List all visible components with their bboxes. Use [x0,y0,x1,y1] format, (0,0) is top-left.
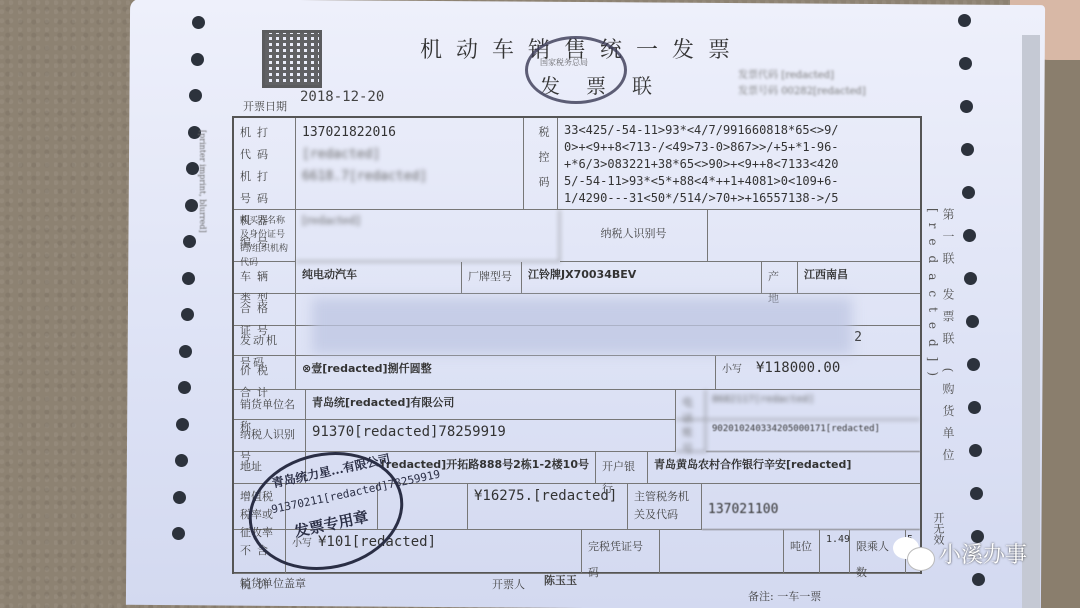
sprocket-hole [959,57,972,70]
tax-authority-code: 137021100 [702,484,920,530]
sprocket-hole [178,381,191,394]
seller-phone: 8682117[redacted] [706,390,920,420]
redaction [312,298,852,354]
total-amount: ¥118000.00 [756,360,840,376]
sprocket-hole [173,491,186,504]
left-margin-imprint: [printer imprint, blurred] [198,130,207,233]
bank-label: 开户银行 [596,452,648,484]
issue-date: 2018-12-20 [300,89,384,105]
sprocket-hole [185,199,198,212]
vehicle-type: 纯电动汽车 [296,262,462,294]
tax-certificate-label: 完税凭证号码 [582,530,660,574]
certificate-no-label: 合格证号 [234,294,296,326]
bank: 青岛黄岛农村合作银行辛安[redacted] [648,452,920,484]
qr-code [262,30,322,88]
tax-control-code: 33<425/-54-11>93*<4/7/991660818*65<>9/ 0… [558,118,920,210]
watermark-text: 小溪办事 [939,538,1027,569]
sprocket-hole [176,418,189,431]
vat-amount: ¥16275.[redacted] [468,484,628,530]
sprocket-hole [182,272,195,285]
watermark: 小溪办事 [893,535,1027,571]
seller-name: 青岛统[redacted]有限公司 [306,390,676,420]
machine-number: [redacted] [302,144,517,166]
seller-taxpayer-id: 91370[redacted]78259919 [306,420,676,452]
paper-edge-strip [1022,35,1040,608]
sprocket-hole [966,315,979,328]
sprocket-hole [192,16,205,29]
sprocket-hole [958,14,971,27]
buyer-value: [redacted] [296,210,560,262]
sprocket-hole [968,401,981,414]
sprocket-hole [967,358,980,371]
buyer-taxpayer-id [708,210,920,262]
machine-labels: 机打代码 机打号码 机器编号 [234,118,296,210]
origin-label: 产地 [762,262,798,294]
sprocket-hole [181,308,194,321]
total-in-words: ⊗壹[redacted]捌仟圆整 [296,356,716,390]
tonnage-label: 吨位 [784,530,820,574]
tax-control-label: 税控码 [524,118,558,210]
engine-no-label: 发动机号码 [234,326,296,356]
tax-authority-label: 主管税务机关及代码 [628,484,702,530]
seller-taxpayer-id-label: 纳税人识别号 [234,420,306,452]
seller-name-label: 销货单位名称 [234,390,306,420]
seller-account: 902010240334205000171[redacted] [706,420,920,452]
sprocket-hole [970,487,983,500]
issuer: 陈玉玉 [544,572,577,588]
sprocket-hole [191,53,204,66]
issuer-label: 开票人 [492,576,525,592]
machine-values: 137021822016 [redacted] 6618.7[redacted] [296,118,524,210]
tax-certificate-no [660,530,784,574]
brand-model-label: 厂牌型号 [462,262,522,294]
sprocket-hole [175,454,188,467]
wechat-icon [893,535,935,571]
brand-model: 江铃牌JX70034BEV [522,262,762,294]
invoice-meta: 发票代码 [redacted] 发票号码 00282[redacted] [738,68,866,100]
remark: 备注: 一车一票 [748,588,821,604]
seller-seal-label: 销货单位盖章 [240,575,306,591]
buyer-label: 购买方名称及身份证号码/组织机构代码 [234,210,296,262]
sprocket-hole [172,527,185,540]
tonnage: 1.49 [820,530,850,574]
buyer-taxpayer-id-label: 纳税人识别号 [560,210,708,262]
sprocket-hole [969,444,982,457]
seller-account-label: 账号 [676,420,706,452]
sprocket-hole [972,573,985,586]
total-small: 小写¥118000.00 [716,356,920,390]
sprocket-hole [179,345,192,358]
machine-code: 137021822016 [302,122,517,144]
issue-date-label: 开票日期 [243,98,287,114]
origin: 江西南昌 [798,262,920,294]
total-label: 价税合计 [234,356,296,390]
seller-phone-label: 电话 [676,390,706,420]
machine-id: 6618.7[redacted] [302,166,517,188]
tax-bureau-seal: 国家税务总局 [525,36,627,104]
vehicle-type-label: 车辆类型 [234,262,296,294]
